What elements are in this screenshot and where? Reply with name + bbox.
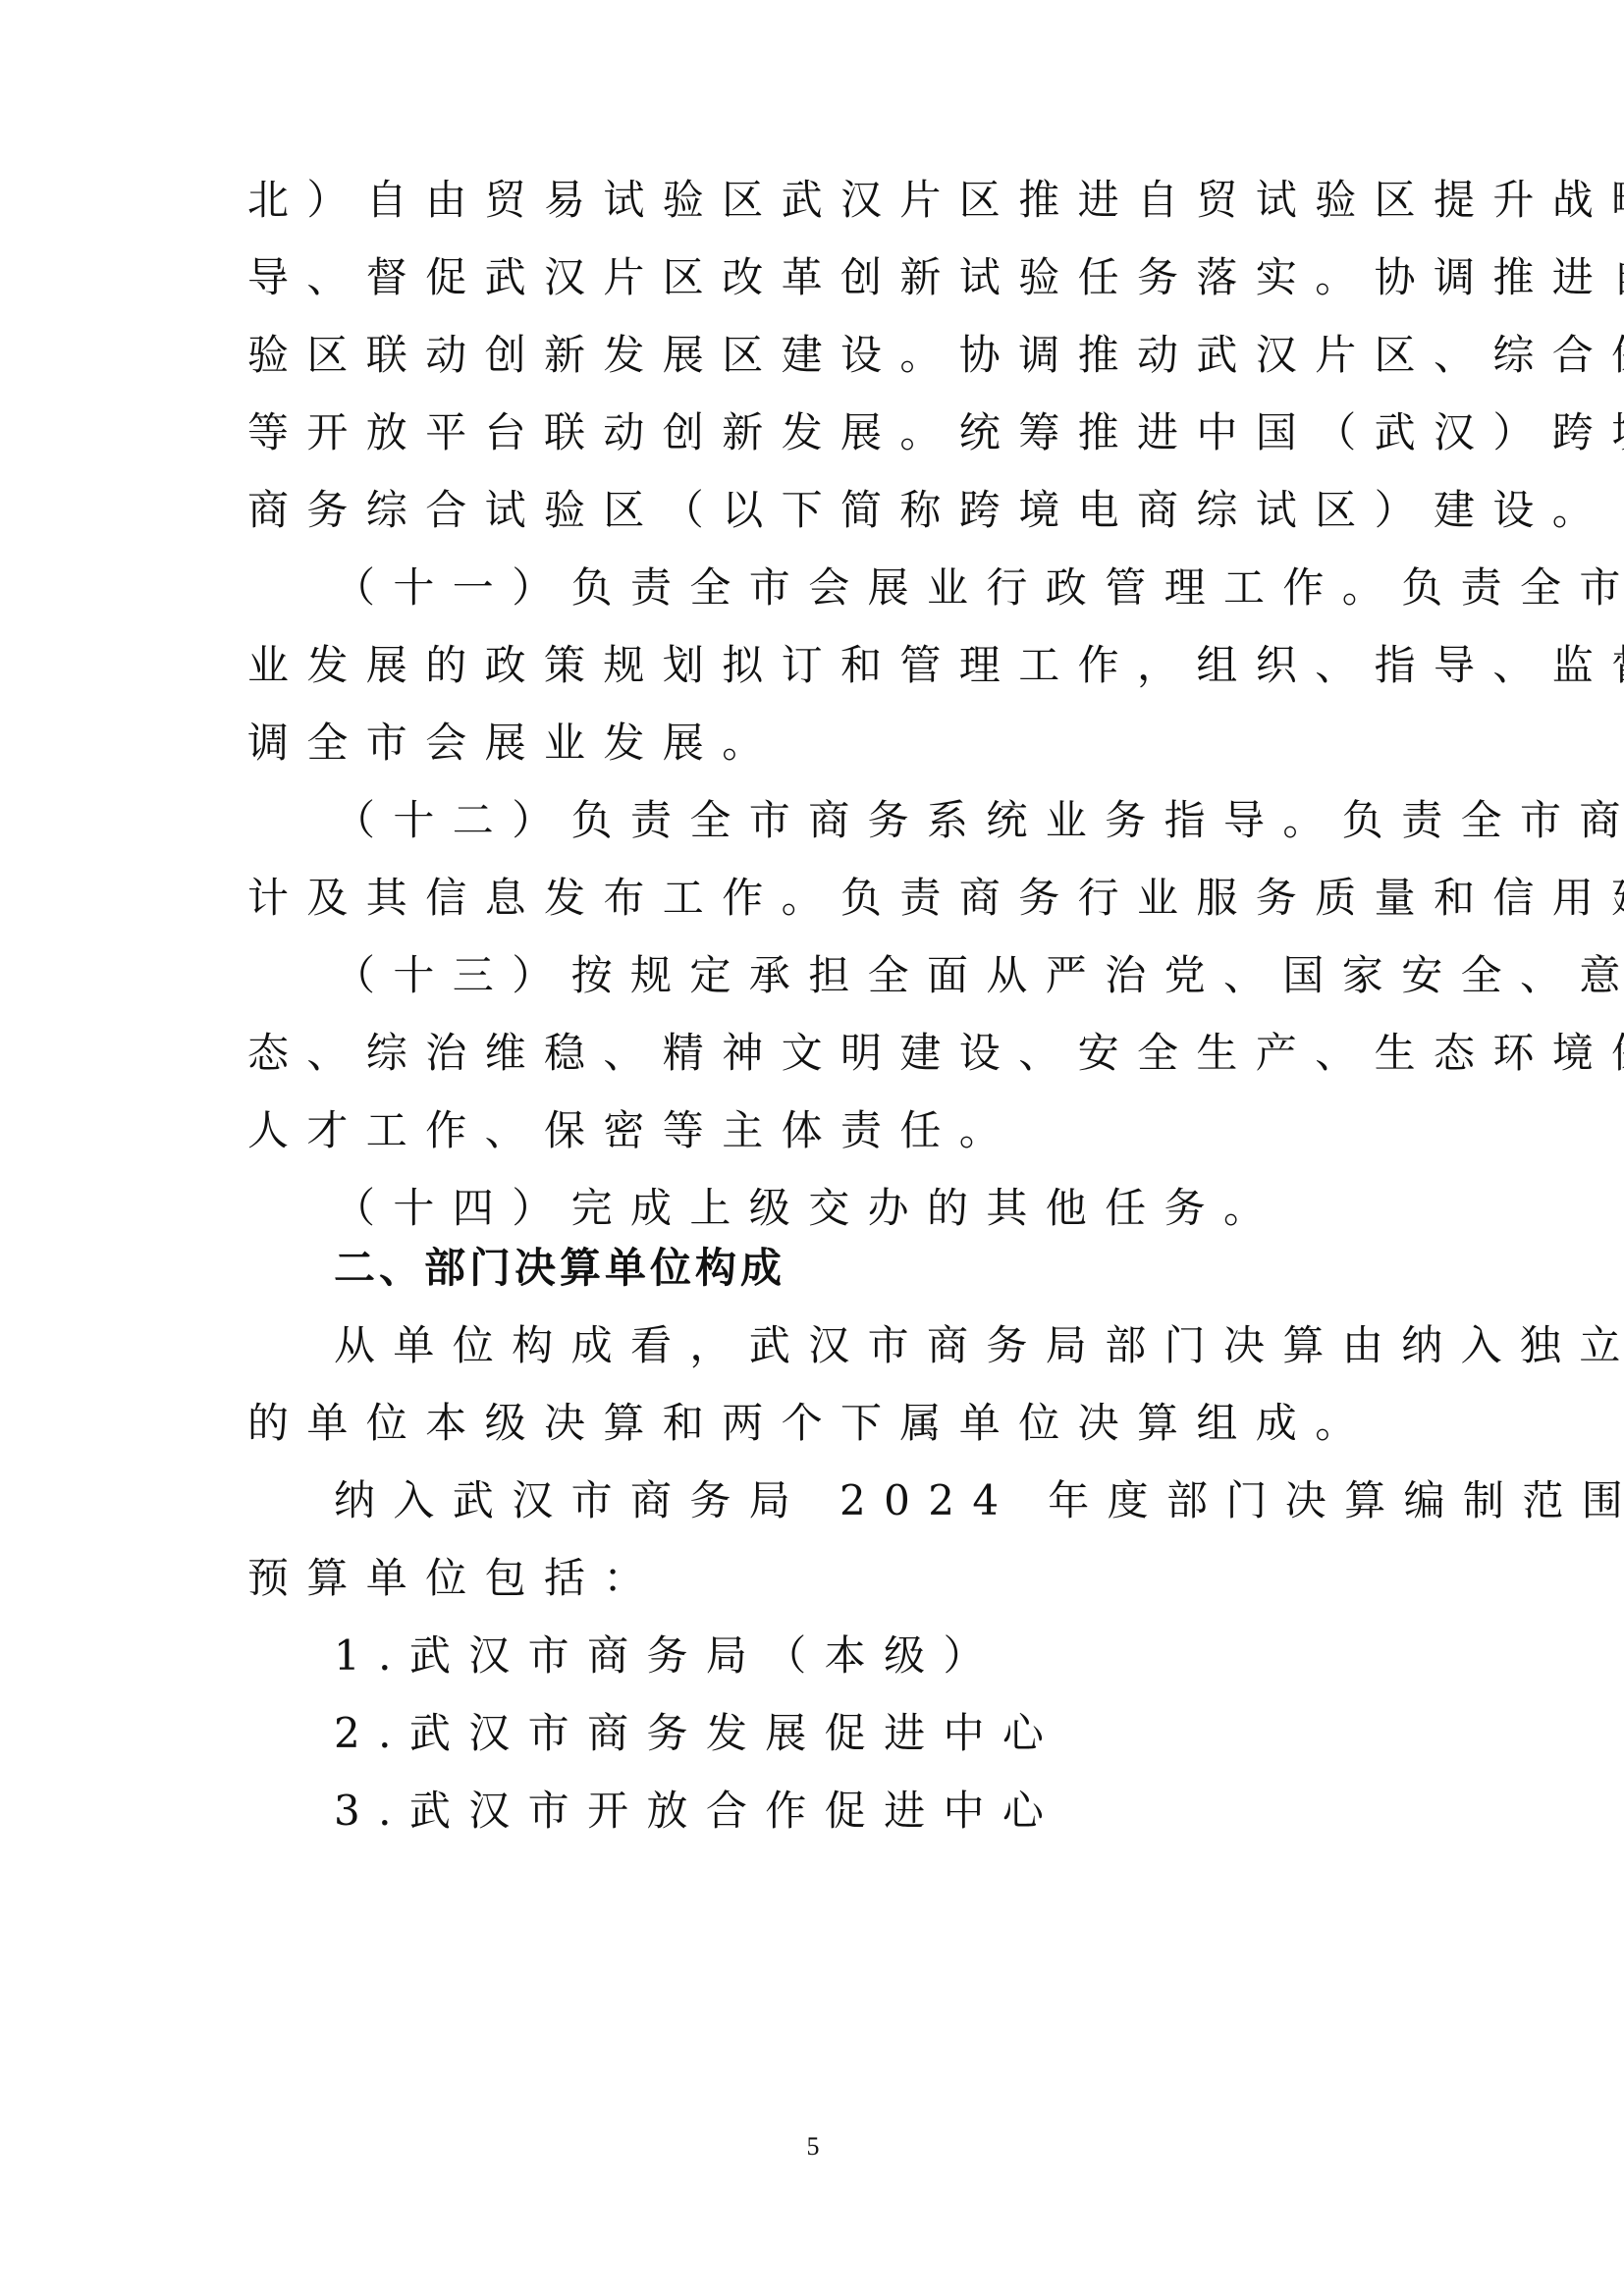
unit-list-item: 3.武汉市开放合作促进中心 xyxy=(334,1784,1386,1839)
paragraph-line: 从单位构成看，武汉市商务局部门决算由纳入独立核算 xyxy=(334,1318,1386,1373)
item-13-line: （十三）按规定承担全面从严治党、国家安全、意识形 xyxy=(334,948,1386,1003)
paragraph-line: 等开放平台联动创新发展。统筹推进中国（武汉）跨境电子 xyxy=(247,405,1386,460)
unit-list-item: 1.武汉市商务局（本级） xyxy=(334,1629,1386,1683)
item-12-line: （十二）负责全市商务系统业务指导。负责全市商务统 xyxy=(334,793,1386,848)
paragraph-line: 人才工作、保密等主体责任。 xyxy=(247,1103,1386,1158)
section-heading: 二、部门决算单位构成 xyxy=(334,1241,1473,1296)
paragraph-line: 调全市会展业发展。 xyxy=(247,716,1386,771)
paragraph-line: 导、督促武汉片区改革创新试验任务落实。协调推进自贸试 xyxy=(247,250,1386,305)
paragraph-line: 的单位本级决算和两个下属单位决算组成。 xyxy=(247,1396,1386,1451)
unit-list-item: 2.武汉市商务发展促进中心 xyxy=(334,1706,1386,1761)
paragraph-line: 态、综治维稳、精神文明建设、安全生产、生态环境保护、 xyxy=(247,1026,1386,1081)
paragraph-line: 计及其信息发布工作。负责商务行业服务质量和信用建设。 xyxy=(247,871,1386,926)
paragraph-line: 纳入武汉市商务局 2024 年度部门决算编制范围的二级 xyxy=(334,1473,1386,1528)
paragraph-line: 业发展的政策规划拟订和管理工作，组织、指导、监督和协 xyxy=(247,638,1386,693)
paragraph-line: 预算单位包括： xyxy=(247,1551,1386,1606)
item-14-line: （十四）完成上级交办的其他任务。 xyxy=(334,1181,1386,1236)
paragraph-line: 商务综合试验区（以下简称跨境电商综试区）建设。 xyxy=(247,483,1386,538)
paragraph-line: 验区联动创新发展区建设。协调推动武汉片区、综合保税区 xyxy=(247,328,1386,383)
document-page: 北）自由贸易试验区武汉片区推进自贸试验区提升战略。指 导、督促武汉片区改革创新试… xyxy=(0,0,1624,2296)
paragraph-line: 北）自由贸易试验区武汉片区推进自贸试验区提升战略。指 xyxy=(247,173,1386,228)
item-11-line: （十一）负责全市会展业行政管理工作。负责全市会展 xyxy=(334,561,1386,615)
page-number: 5 xyxy=(803,2132,823,2162)
